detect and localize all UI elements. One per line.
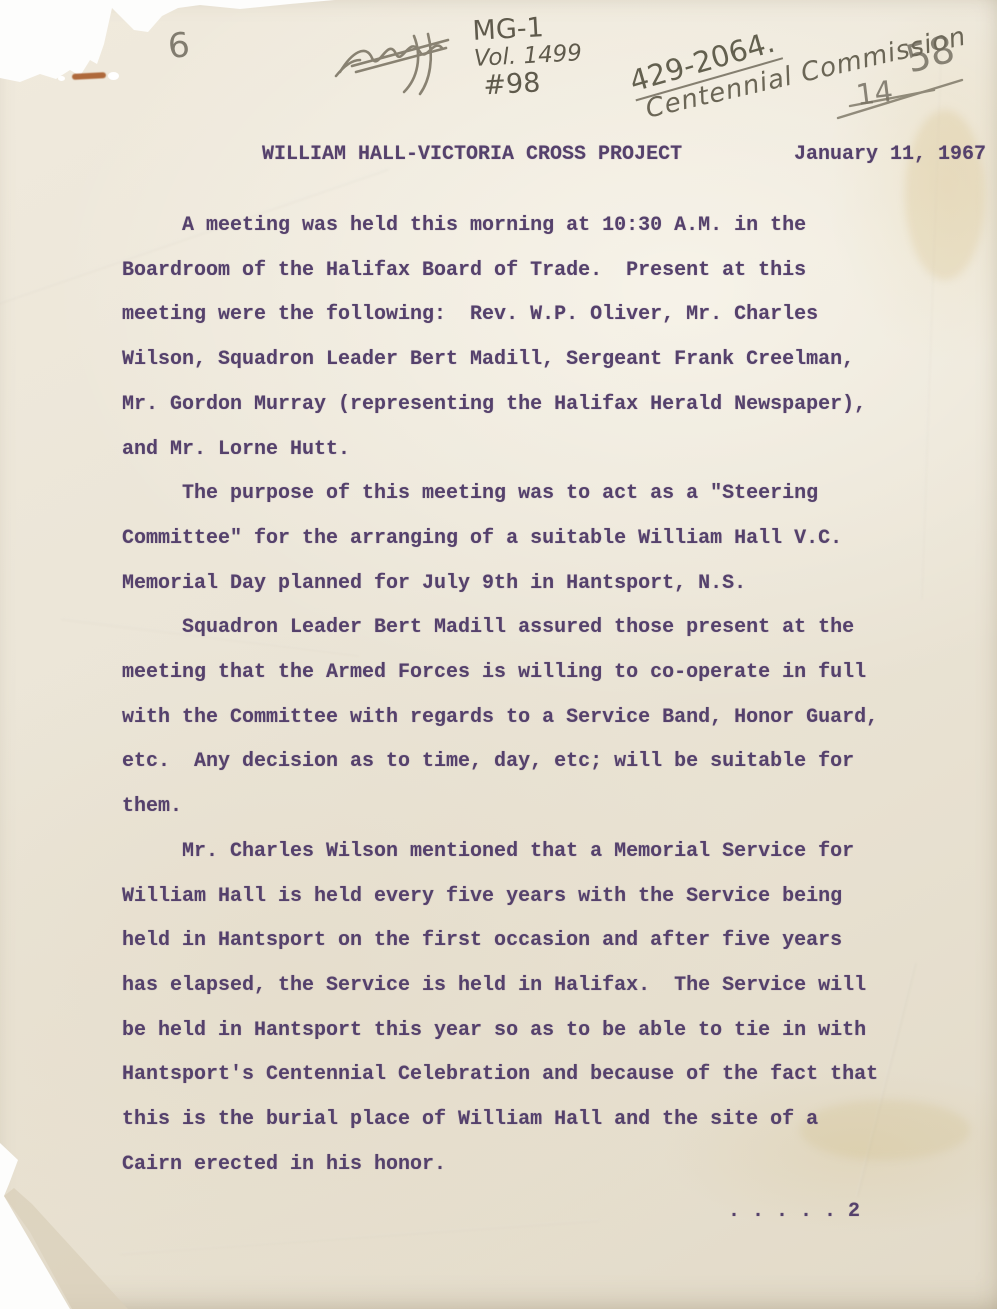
document-date: January 11, 1967 — [794, 143, 986, 166]
handwritten-crossed-number: 14 — [854, 74, 895, 112]
page-continuation-marker: . . . . . 2 — [728, 1200, 860, 1223]
scanned-document-page: 6 MG-1 Vol. 1499 #98 429-2064. Centennia… — [0, 0, 997, 1309]
paragraph: The purpose of this meeting was to act a… — [122, 472, 997, 606]
document-header: WILLIAM HALL-VICTORIA CROSS PROJECT Janu… — [122, 143, 986, 166]
handwritten-archive-reference: MG-1 Vol. 1499 #98 — [472, 11, 584, 101]
paragraph: Squadron Leader Bert Madill assured thos… — [122, 606, 997, 830]
document-title: WILLIAM HALL-VICTORIA CROSS PROJECT — [262, 143, 682, 166]
paragraph: A meeting was held this morning at 10:30… — [122, 204, 997, 472]
paragraph: Mr. Charles Wilson mentioned that a Memo… — [122, 830, 997, 1188]
archive-ref-line: #98 — [475, 66, 584, 101]
paper-hole — [58, 76, 65, 81]
paper-hole — [108, 72, 119, 80]
document-body: A meeting was held this morning at 10:30… — [122, 204, 997, 1187]
handwritten-page-number: 6 — [166, 25, 192, 67]
